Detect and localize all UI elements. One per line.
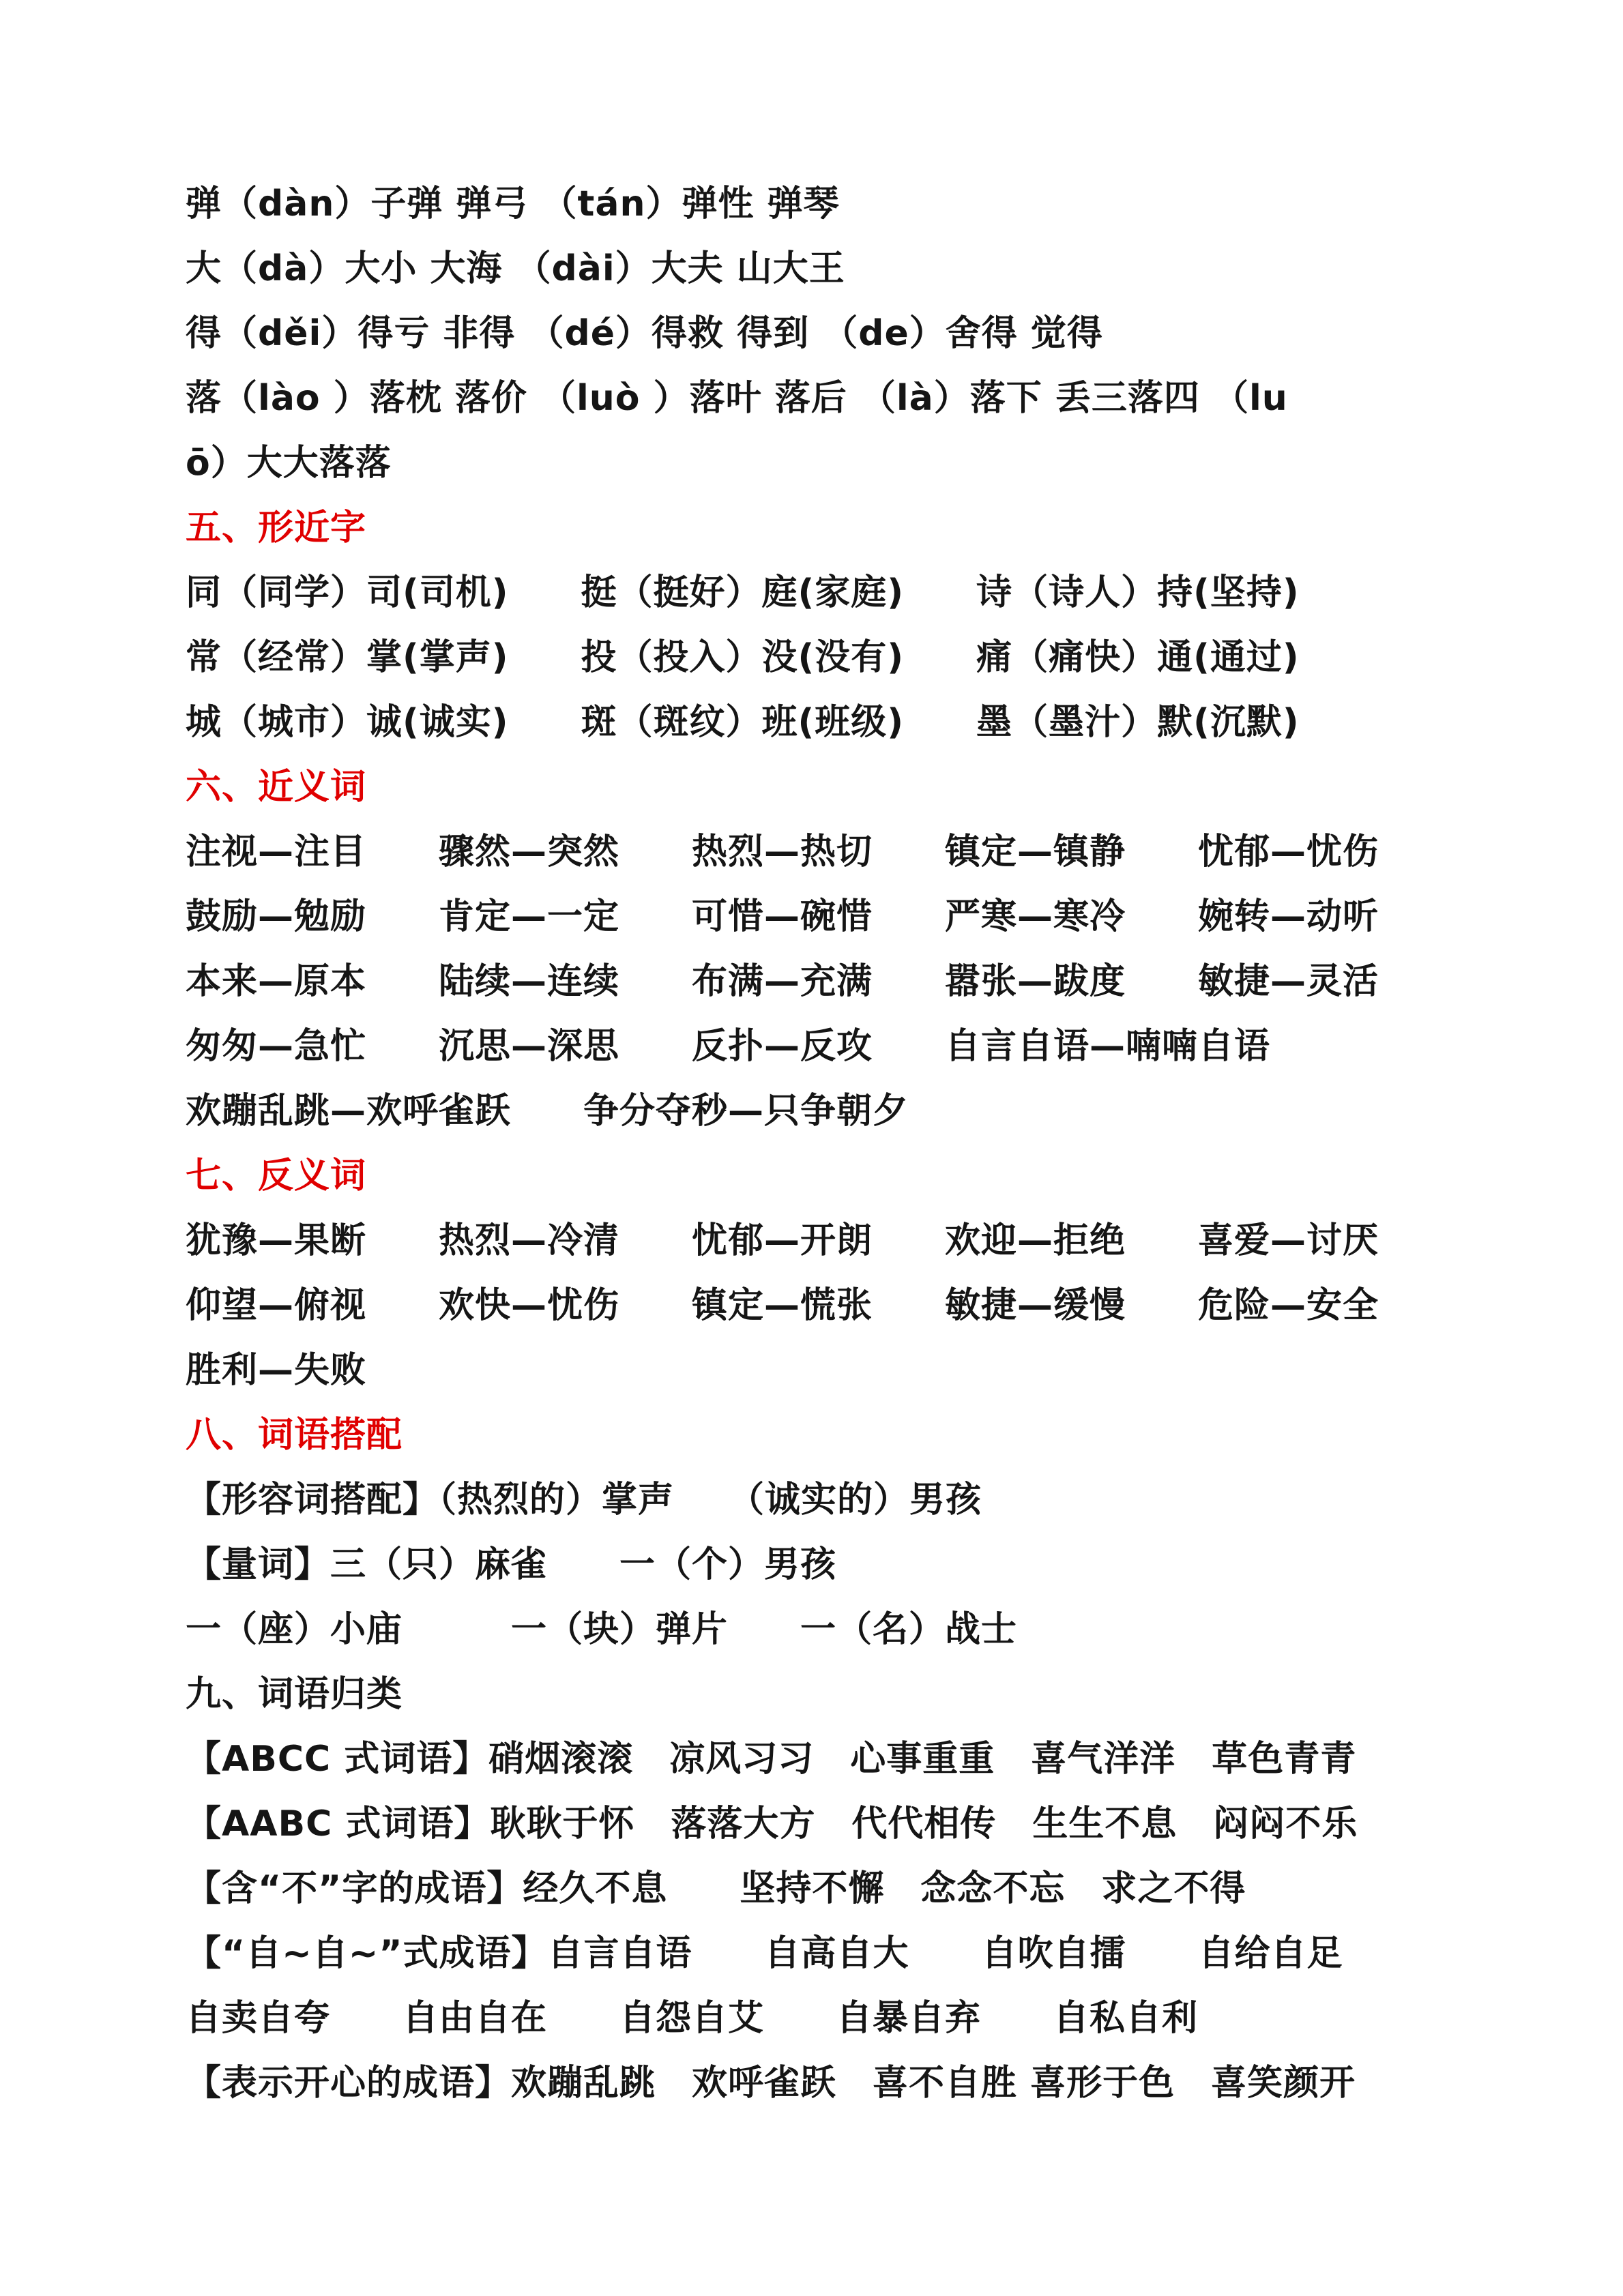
polyphonic-line-luo-cont: ō）大大落落 (186, 431, 1448, 496)
synonyms-line-1: 注视—注目 骤然—突然 热烈—热切 镇定—镇静 忧郁—忧伤 (186, 820, 1448, 885)
synonyms-line-3: 本来—原本 陆续—连续 布满—充满 嚣张—跋度 敏捷—灵活 (186, 950, 1448, 1014)
document-content: 弹（dàn）子弹 弹弓 （tán）弹性 弹琴 大（dà）大小 大海 （dài）大… (186, 172, 1448, 2116)
polyphonic-line-de: 得（děi）得亏 非得 （dé）得救 得到 （de）舍得 觉得 (186, 301, 1448, 366)
antonyms-line-2: 仰望—俯视 欢快—忧伤 镇定—慌张 敏捷—缓慢 危险—安全 (186, 1274, 1448, 1338)
synonyms-line-2: 鼓励—勉励 肯定—一定 可惜—碗惜 严寒—寒冷 婉转—动听 (186, 885, 1448, 950)
polyphonic-line-da: 大（dà）大小 大海 （dài）大夫 山大王 (186, 237, 1448, 301)
antonyms-line-3: 胜利—失败 (186, 1338, 1448, 1403)
similar-characters-line-2: 常（经常）掌(掌声) 投（投入）没(没有) 痛（痛快）通(通过) (186, 625, 1448, 690)
collocations-line-3: 一（座）小庙 一（块）弹片 一（名）战士 (186, 1598, 1448, 1662)
section-heading-antonyms: 七、反义词 (186, 1144, 1448, 1209)
polyphonic-line-dan: 弹（dàn）子弹 弹弓 （tán）弹性 弹琴 (186, 172, 1448, 237)
document-page: 弹（dàn）子弹 弹弓 （tán）弹性 弹琴 大（dà）大小 大海 （dài）大… (0, 0, 1623, 2296)
word-categories-line-happy-idioms: 【表示开心的成语】欢蹦乱跳 欢呼雀跃 喜不自胜 喜形于色 喜笑颜开 (186, 2051, 1448, 2116)
section-heading-synonyms: 六、近义词 (186, 755, 1448, 820)
polyphonic-line-luo: 落（lào ）落枕 落价 （luò ）落叶 落后 （là）落下 丢三落四 （lu (186, 366, 1448, 431)
collocations-line-1: 【形容词搭配】（热烈的）掌声 （诚实的）男孩 (186, 1468, 1448, 1533)
synonyms-line-5: 欢蹦乱跳—欢呼雀跃 争分夺秒—只争朝夕 (186, 1079, 1448, 1144)
synonyms-line-4: 匆匆—急忙 沉思—深思 反扑—反攻 自言自语—喃喃自语 (186, 1014, 1448, 1079)
section-heading-word-categories: 九、词语归类 (186, 1662, 1448, 1727)
collocations-line-2: 【量词】三（只）麻雀 一（个）男孩 (186, 1533, 1448, 1598)
word-categories-line-bu-idioms: 【含“不”字的成语】经久不息 坚持不懈 念念不忘 求之不得 (186, 1857, 1448, 1922)
similar-characters-line-3: 城（城市）诚(诚实) 斑（斑纹）班(班级) 墨（墨汁）默(沉默) (186, 690, 1448, 755)
section-heading-similar-characters: 五、形近字 (186, 496, 1448, 561)
word-categories-line-zi-idioms-cont: 自卖自夸 自由自在 自怨自艾 自暴自弃 自私自利 (186, 1986, 1448, 2051)
similar-characters-line-1: 同（同学）司(司机) 挺（挺好）庭(家庭) 诗（诗人）持(坚持) (186, 561, 1448, 625)
word-categories-line-abcc: 【ABCC 式词语】硝烟滚滚 凉风习习 心事重重 喜气洋洋 草色青青 (186, 1727, 1448, 1792)
word-categories-line-aabc: 【AABC 式词语】耿耿于怀 落落大方 代代相传 生生不息 闷闷不乐 (186, 1792, 1448, 1857)
word-categories-line-zi-idioms: 【“自~自~”式成语】自言自语 自高自大 自吹自擂 自给自足 (186, 1922, 1448, 1986)
antonyms-line-1: 犹豫—果断 热烈—冷清 忧郁—开朗 欢迎—拒绝 喜爱—讨厌 (186, 1209, 1448, 1274)
section-heading-collocations: 八、词语搭配 (186, 1403, 1448, 1468)
